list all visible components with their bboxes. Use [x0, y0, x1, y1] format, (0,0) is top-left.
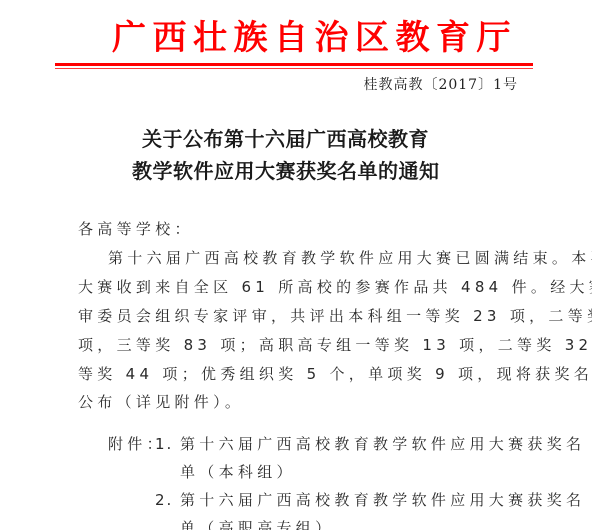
attachment-title-cont: 单（高职高专组） — [180, 518, 334, 530]
paragraph-line: 公布（详见附件）。 — [78, 392, 244, 412]
red-header-rule-thick — [55, 63, 533, 66]
attachment-title: 第十六届广西高校教育教学软件应用大赛获奖名 — [180, 434, 585, 454]
paragraph-line: 大赛收到来自全区 61 所高校的参赛作品共 484 件。经大赛评 — [78, 277, 592, 297]
attachment-title-cont: 单（本科组） — [180, 462, 296, 482]
attachment-number: 1. — [155, 434, 173, 454]
notice-heading-line-1: 关于公布第十六届广西高校教育 — [142, 127, 429, 151]
issuing-authority-title: 广西壮族自治区教育厅 — [112, 18, 517, 58]
notice-heading-line-2: 教学软件应用大赛获奖名单的通知 — [132, 159, 440, 183]
attachment-number: 2. — [155, 490, 173, 510]
salutation: 各高等学校： — [78, 219, 194, 239]
attachment-title: 第十六届广西高校教育教学软件应用大赛获奖名 — [180, 490, 585, 510]
document-number: 桂教高教〔2017〕1号 — [363, 76, 518, 94]
paragraph-line: 等奖 44 项；优秀组织奖 5 个，单项奖 9 项，现将获奖名单予以 — [78, 364, 592, 384]
red-header-rule-thin — [55, 68, 533, 69]
paragraph-line: 项，三等奖 83 项；高职高专组一等奖 13 项，二等奖 32 项，三 — [78, 335, 592, 355]
paragraph-line: 审委员会组织专家评审，共评出本科组一等奖 23 项，二等奖 59 — [78, 306, 592, 326]
paragraph-line: 第十六届广西高校教育教学软件应用大赛已圆满结束。本次 — [108, 248, 592, 268]
